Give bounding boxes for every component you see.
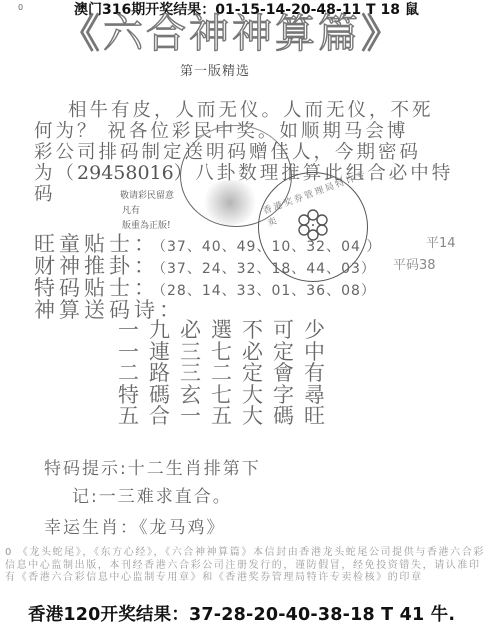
special-hint-line-2: 记:一三难求直合。 [72, 482, 232, 507]
tip-numbers: （28、14、33、01、36、08） [159, 283, 376, 299]
document-title: 《六合神神算篇》 [60, 10, 404, 58]
handwritten-note-2: 凡有 [122, 203, 140, 216]
corner-mark: 0 [18, 3, 23, 12]
poem-line: 一九必選不可少 [118, 320, 335, 342]
ink-smudge [200, 180, 260, 225]
tip-note: 平码38 [393, 254, 436, 273]
poem-line: 特碼玄七大字尋 [118, 385, 335, 407]
lucky-zodiac-label: 幸运生肖： [44, 518, 139, 538]
poem-line: 五合一五大碼旺 [118, 406, 335, 428]
poem-line: 一連三七必定中 [118, 342, 335, 364]
lucky-zodiac-value: 《龙马鸡》 [139, 518, 226, 538]
fine-print: 0 《龙头蛇尾》，《东方心经》，《六合神神算篇》本信封由香港龙头蛇尾公司提供与香… [5, 547, 490, 585]
tip-note: 平14 [426, 232, 456, 251]
intro-line-1: 相牛有皮，人而无仪。人而无仪，不死 [34, 100, 474, 121]
hongkong-result-banner: 香港120开奖结果：37-28-20-40-38-18 T 41 牛. [28, 601, 455, 626]
lucky-zodiac: 幸运生肖：《龙马鸡》 [44, 513, 226, 538]
secret-code: 29458016 [77, 162, 174, 184]
poem-line: 二路三二定會有 [118, 363, 335, 385]
poem-block: 一九必選不可少 一連三七必定中 二路三二定會有 特碼玄七大字尋 五合一五大碼旺 [118, 320, 335, 428]
edition-subtitle: 第一版精选 [180, 60, 250, 79]
special-hint-line-1: 特码提示:十二生肖排第下 [44, 454, 261, 479]
handwritten-note-1: 敬请彩民留意 [120, 188, 174, 201]
